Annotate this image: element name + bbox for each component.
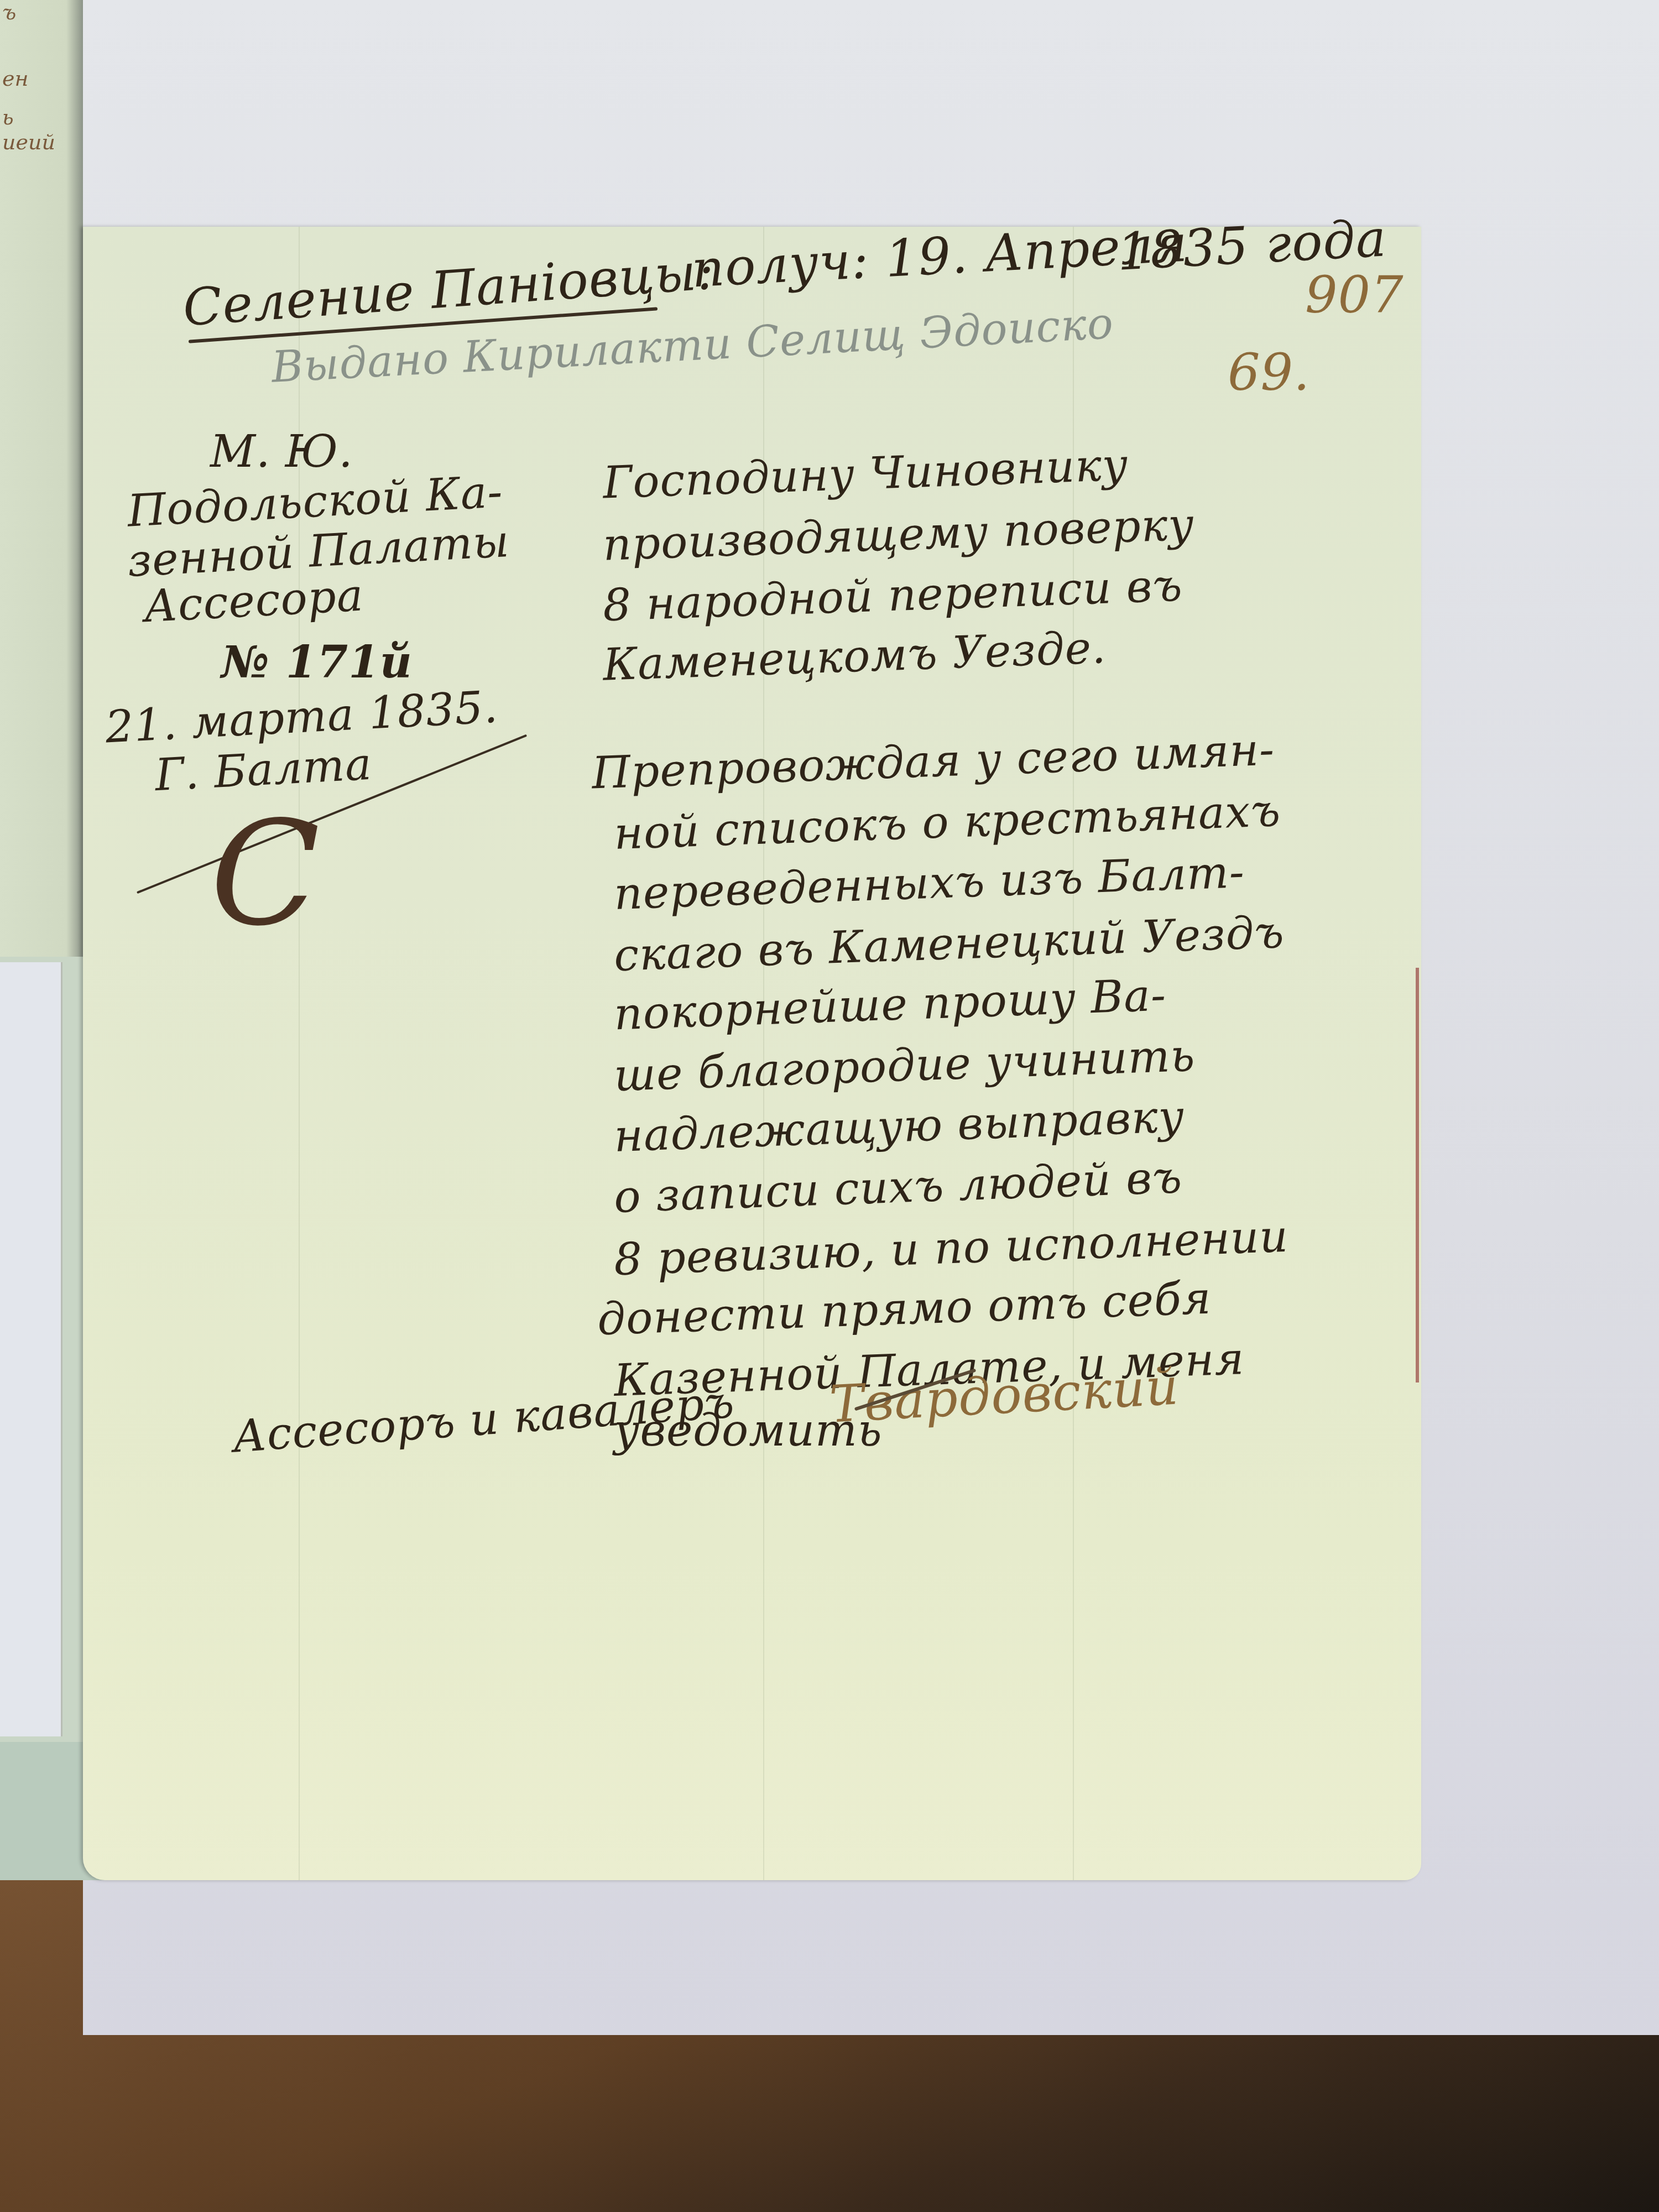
addressee-line: производящему поверку bbox=[602, 498, 1196, 570]
addressee-line: Каменецкомъ Уезде. bbox=[602, 622, 1107, 691]
outgoing-number: № 171й bbox=[221, 636, 413, 688]
body-line: переведенныхъ изъ Балт- bbox=[613, 846, 1246, 920]
addressee-line: Господину Чиновнику bbox=[602, 439, 1129, 508]
body-line: ше благородие учинить bbox=[613, 1030, 1196, 1102]
left-page-fragment: иеий bbox=[2, 130, 55, 154]
left-page-fragment: ъ bbox=[2, 0, 16, 24]
file-number: 907 bbox=[1305, 265, 1404, 325]
sender-initials: М. Ю. bbox=[210, 426, 353, 477]
letter-sheet: Селение Панiовцы: получ: 19. Апреля 1835… bbox=[83, 227, 1421, 1880]
left-page-fragment: ен bbox=[2, 66, 29, 91]
addressee-line: 8 народной переписи въ bbox=[602, 560, 1183, 632]
body-line: Препровождая у сего имян- bbox=[591, 723, 1276, 799]
left-page-fragment: ь bbox=[2, 105, 14, 129]
body-line: покорнейше прошу Ва- bbox=[613, 969, 1167, 1040]
left-white-card bbox=[0, 962, 62, 1736]
body-line: донести прямо отъ себя bbox=[597, 1272, 1212, 1345]
red-margin-stain bbox=[1416, 968, 1419, 1383]
left-adjacent-page: ъ ен ь иеий bbox=[0, 0, 83, 957]
body-line: надлежащую выправку bbox=[613, 1091, 1186, 1162]
file-number-secondary: 69. bbox=[1228, 343, 1310, 402]
margin-mark: С bbox=[210, 791, 320, 958]
header-received-date: получ: 19. Апреля bbox=[690, 214, 1190, 299]
body-line: о записи сихъ людей въ bbox=[613, 1151, 1183, 1223]
sender-line: Ассесора bbox=[143, 570, 365, 633]
body-line: скаго въ Каменецкий Уездъ bbox=[613, 906, 1285, 981]
